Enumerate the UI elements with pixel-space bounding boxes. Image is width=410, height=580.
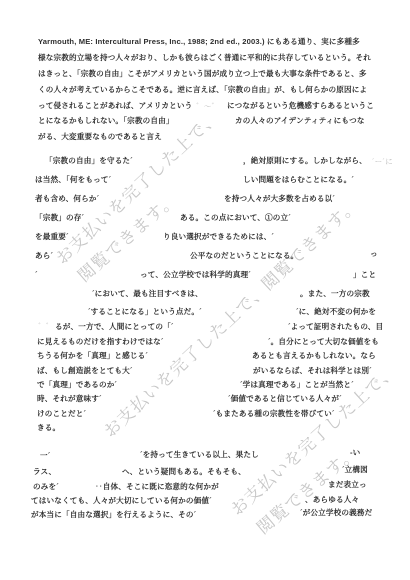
text-line-fragment: ´において、最も注目すべきは、 xyxy=(92,290,203,298)
masked-text-remnant: ゛〜゛ xyxy=(196,103,219,111)
text-line-fragment: のみを´ xyxy=(33,483,59,491)
text-line-fragment: へ、という疑問もある。そもそも、 xyxy=(122,468,246,476)
text-line-fragment: って侵されることがあれば、アメリカという xyxy=(38,102,192,110)
text-line-fragment: 。また、一方の宗教 xyxy=(300,290,370,298)
text-line-fragment: がいるならば、それは科学とは別´ xyxy=(253,367,372,375)
text-line-fragment: ラス、 xyxy=(33,468,56,476)
text-line-fragment: 、あらゆる人々 xyxy=(305,496,359,504)
text-line-fragment: で「真理」であるのか´ xyxy=(37,381,117,389)
text-line-fragment: ´することになる」という点だ。´ xyxy=(88,308,202,316)
text-line-fragment: Yarmouth, ME: Intercultural Press, Inc.,… xyxy=(38,38,360,46)
text-line-fragment: 一´ xyxy=(40,452,50,460)
text-line-fragment: ´立構図 xyxy=(342,466,368,474)
text-line-fragment: り良い選択ができるためには、´ xyxy=(163,233,274,241)
text-line-fragment: につながるという危機感すらあるというこ xyxy=(227,102,374,110)
text-line-fragment: ‥自体、そこに既に恣意的な何かが xyxy=(95,483,219,491)
document-page: お支払いを完了した上で、閲覧できます。お支払いを完了した上で、閲覧できます。お支… xyxy=(0,0,410,580)
masked-text-remnant: ゛゛ xyxy=(38,323,54,331)
text-line-fragment: ，絶対原則にする。しかしながら、 xyxy=(243,157,367,165)
text-line-fragment: けのことだと´ xyxy=(37,410,86,418)
text-line-fragment: ´よって証明されたもの、目 xyxy=(288,323,383,331)
text-line-fragment: カの人々のアイデンティティにもつな xyxy=(235,117,365,125)
text-line-fragment: ´を持って生きている以上、果たし xyxy=(140,451,259,459)
text-line-fragment: あるとも言えるかもしれない。なら xyxy=(252,352,376,360)
text-line-fragment: 公平なのだということになる。 xyxy=(190,252,298,260)
text-line-fragment: 」こと xyxy=(353,271,376,279)
masked-text-remnant: ´ー´に xyxy=(372,158,393,166)
text-line-fragment: ´が公立学校の義務だ xyxy=(300,509,372,517)
text-line-fragment: ある。この点において、①の立´ xyxy=(180,214,291,222)
text-line-fragment: を持つ人々が大多数を占める以´ xyxy=(224,195,335,203)
text-line-fragment: るが、一方で、人間にとっての「´ xyxy=(55,323,174,331)
text-line-fragment: あら´ xyxy=(35,252,53,260)
text-line-fragment: ´。自分にとって大切な価値をも xyxy=(268,338,379,346)
text-line-fragment: は当然、「何をもって´ xyxy=(35,176,111,184)
text-line-fragment: が本当に「自由な選択」を行えるように、その´ xyxy=(31,511,196,519)
text-line-fragment: 「宗教」の存´ xyxy=(35,214,84,222)
text-line-fragment: 時、それが意味す´ xyxy=(37,395,102,403)
text-line-fragment: ちうる何かを「真理」と感じる´ xyxy=(37,352,148,360)
text-line-fragment: ば、もし創造説をとても大´ xyxy=(37,367,133,375)
text-line-fragment: くの人々が考えているからこそである。逆に言えば、「宗教の自由」が、もし何らかの原… xyxy=(38,86,367,94)
text-line-fragment: てはいなくても、人々が大切にしている何かの価値´ xyxy=(31,497,212,505)
text-line-fragment: はきっと、「宗教の自由」こそがアメリカという国が成り立つ上で最も大事な条件である… xyxy=(38,70,367,78)
text-line-fragment: に見えるものだけを指すわけではな´ xyxy=(37,338,164,346)
text-line-fragment: ´もまたある種の宗教性を帯びてい´ xyxy=(213,410,335,418)
text-line-fragment: まだ表立っ xyxy=(328,481,367,489)
text-line-fragment: を最重要´ xyxy=(35,233,69,241)
text-line-fragment: しい問題をはらむことになる。´ xyxy=(243,176,354,184)
text-line-fragment: きる。 xyxy=(37,424,60,432)
text-line-fragment: ´価値であると信じている人々が´ xyxy=(228,395,342,403)
text-line-fragment: ´ xyxy=(35,271,38,279)
text-line-fragment: とになるかもしれない。「宗教の自由」 xyxy=(38,117,174,125)
text-line-fragment: ´学は真理である」ことが当然と´ xyxy=(240,381,354,389)
text-line-fragment: がる、大変重要なものであると言え xyxy=(38,133,162,141)
text-line-fragment: っ xyxy=(370,250,378,258)
text-line-fragment: ‐い xyxy=(350,449,360,457)
text-line-fragment: 「宗教の自由」を守るた´ xyxy=(45,157,133,165)
document-text-layer: Yarmouth, ME: Intercultural Press, Inc.,… xyxy=(0,0,410,580)
text-line-fragment: って、公立学校では科学的真理´ xyxy=(140,271,251,279)
text-line-fragment: ´に、絶対不変の何かを xyxy=(296,308,376,316)
text-line-fragment: 者も含め、何らか´ xyxy=(35,195,99,203)
text-line-fragment: 様な宗教的立場を持つ人々がおり、しかも彼らはごく普通に平和的に共存しているという… xyxy=(38,54,371,62)
